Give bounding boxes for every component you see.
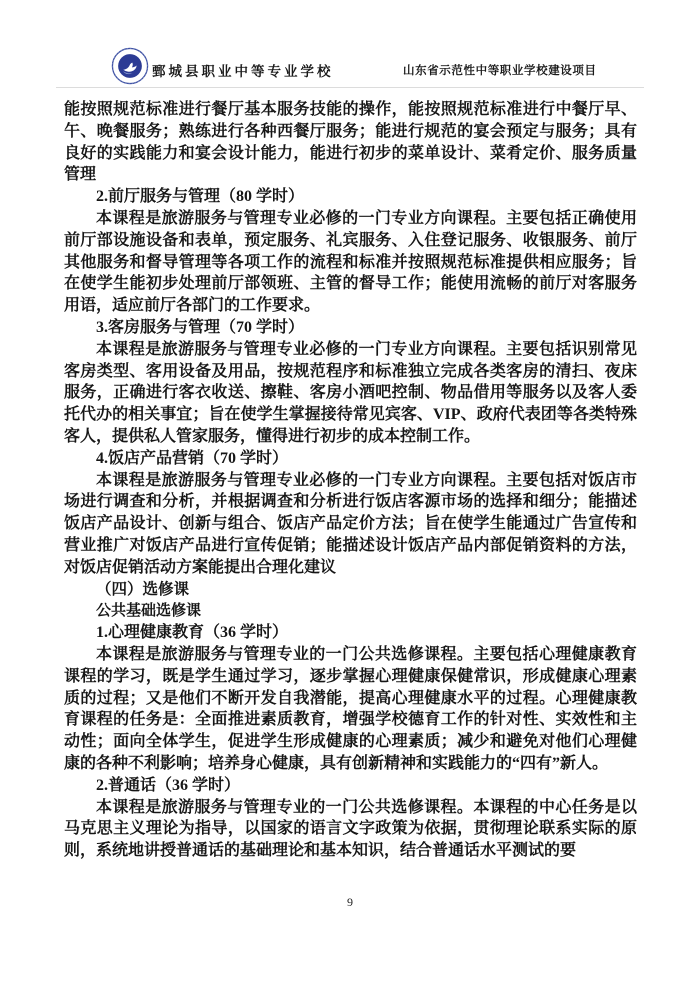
section-heading: （四）选修课 <box>64 579 637 601</box>
header-project-name: 山东省示范性中等职业学校建设项目 <box>403 62 597 78</box>
paragraph: 本课程是旅游服务与管理专业必修的一门专业方向课程。主要包括对饭店市场进行调查和分… <box>64 470 637 579</box>
header-divider <box>56 87 644 88</box>
course-heading: 4.饭店产品营销（70 学时） <box>64 448 637 470</box>
course-heading: 1.心理健康教育（36 学时） <box>64 622 637 644</box>
subsection-heading: 公共基础选修课 <box>64 600 637 622</box>
school-logo-icon <box>111 47 149 85</box>
page-number: 9 <box>0 895 700 910</box>
document-body: 能按照规范标准进行餐厅基本服务技能的操作，能按照规范标准进行中餐厅早、午、晚餐服… <box>64 99 637 862</box>
paragraph-continuation: 能按照规范标准进行餐厅基本服务技能的操作，能按照规范标准进行中餐厅早、午、晚餐服… <box>64 99 637 186</box>
paragraph: 本课程是旅游服务与管理专业的一门公共选修课程。本课程的中心任务是以马克思主义理论… <box>64 797 637 862</box>
course-heading: 2.普通话（36 学时） <box>64 775 637 797</box>
course-heading: 3.客房服务与管理（70 学时） <box>64 317 637 339</box>
paragraph: 本课程是旅游服务与管理专业必修的一门专业方向课程。主要包括识别常见客房类型、客用… <box>64 339 637 448</box>
paragraph: 本课程是旅游服务与管理专业必修的一门专业方向课程。主要包括正确使用前厅部设施设备… <box>64 208 637 317</box>
document-page: 鄄城县职业中等专业学校 山东省示范性中等职业学校建设项目 能按照规范标准进行餐厅… <box>0 0 700 990</box>
course-heading: 2.前厅服务与管理（80 学时） <box>64 186 637 208</box>
header-school-name: 鄄城县职业中等专业学校 <box>152 60 334 80</box>
paragraph: 本课程是旅游服务与管理专业的一门公共选修课程。主要包括心理健康教育课程的学习，既… <box>64 644 637 775</box>
